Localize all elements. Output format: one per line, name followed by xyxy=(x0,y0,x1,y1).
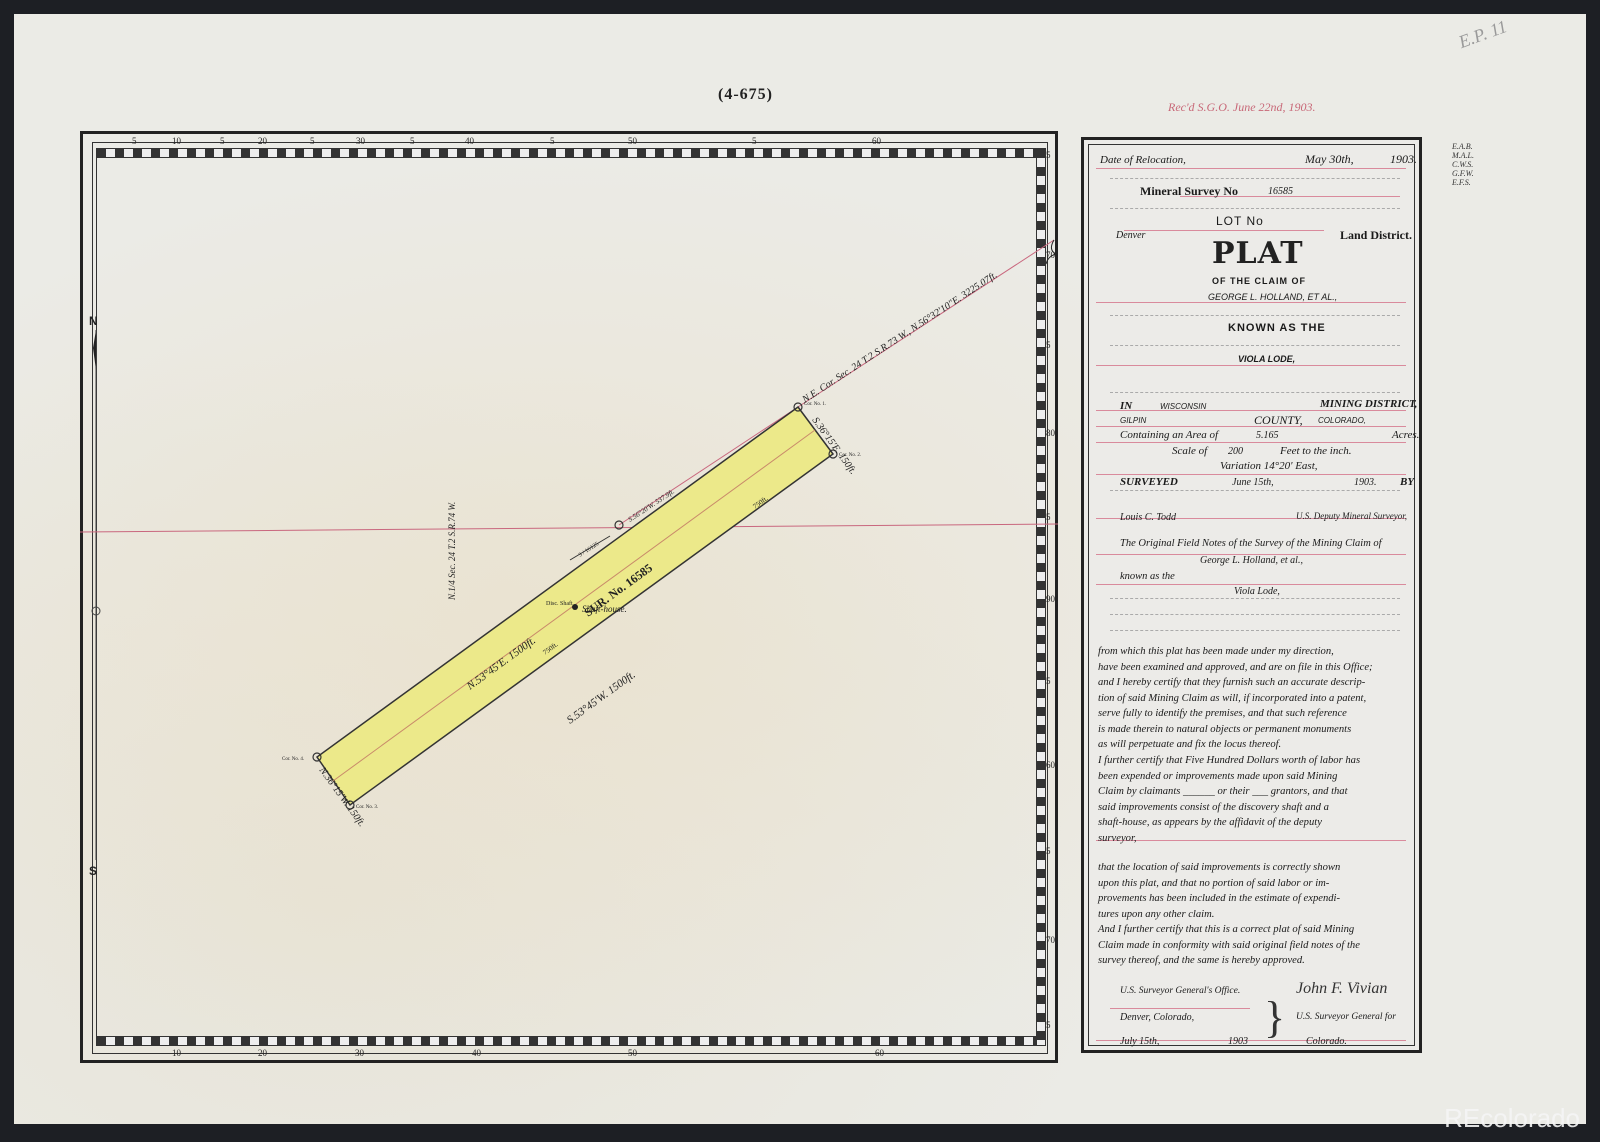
approval-year: 1903 xyxy=(1228,1036,1248,1047)
field-notes-line: The Original Field Notes of the Survey o… xyxy=(1120,538,1382,549)
svg-text:Shaft-house.: Shaft-house. xyxy=(582,604,627,614)
scale-label: Scale of xyxy=(1172,445,1207,457)
surveyor-name: Louis C. Todd xyxy=(1120,512,1176,523)
in-label: IN xyxy=(1120,400,1132,412)
land-district-label: Land District. xyxy=(1340,228,1412,243)
certification-paragraph-1: from which this plat has been made under… xyxy=(1098,644,1410,753)
district-value: WISCONSIN xyxy=(1160,402,1206,411)
known-as-label: KNOWN AS THE xyxy=(1228,322,1326,334)
svg-text:N.1/4 Sec. 24 T.2 S.R.74 W.: N.1/4 Sec. 24 T.2 S.R.74 W. xyxy=(447,502,457,601)
surveyed-date: June 15th, xyxy=(1232,477,1274,488)
date-of-relocation-label: Date of Relocation, xyxy=(1100,154,1186,166)
signature: John F. Vivian xyxy=(1296,980,1387,998)
field-notes-claimant: George L. Holland, et al., xyxy=(1200,555,1303,566)
claimant-value: GEORGE L. HOLLAND, ET AL., xyxy=(1208,292,1337,302)
land-district-value: Denver xyxy=(1116,230,1145,241)
scale-unit: Feet to the inch. xyxy=(1280,445,1351,457)
certification-paragraph-2: I further certify that Five Hundred Doll… xyxy=(1098,753,1410,846)
surveyed-year: 1903. xyxy=(1354,477,1377,488)
district-label: MINING DISTRICT, xyxy=(1320,398,1417,410)
area-label: Containing an Area of xyxy=(1120,429,1218,441)
svg-text:Disc. Shaft: Disc. Shaft xyxy=(546,600,573,607)
north-arrow-icon xyxy=(93,330,96,370)
svg-text:S.53°45'W. 1500ft.: S.53°45'W. 1500ft. xyxy=(565,669,638,727)
area-value: 5.165 xyxy=(1256,430,1279,441)
surveyor-title: U.S. Deputy Mineral Surveyor, xyxy=(1296,511,1407,521)
acres-label: Acres. xyxy=(1392,429,1419,441)
svg-text:Cor. No. 2.: Cor. No. 2. xyxy=(839,453,861,458)
claim-of-label: OF THE CLAIM OF xyxy=(1212,276,1306,286)
office-city: Denver, Colorado, xyxy=(1120,1012,1194,1023)
date-of-relocation-value: May 30th, xyxy=(1305,152,1354,167)
svg-text:N.E. Cor. Sec. 24 T.2 S.R.73 W: N.E. Cor. Sec. 24 T.2 S.R.73 W., N.56°32… xyxy=(800,270,1000,406)
state-value: COLORADO, xyxy=(1318,416,1366,425)
county-label: COUNTY, xyxy=(1254,413,1303,428)
brace-symbol: } xyxy=(1264,992,1285,1043)
lode-name-value: VIOLA LODE, xyxy=(1238,354,1295,364)
signer-title: U.S. Surveyor General for xyxy=(1296,1012,1396,1022)
mineral-survey-value: 16585 xyxy=(1268,186,1293,197)
lot-label: LOT No xyxy=(1216,214,1264,228)
scale-value: 200 xyxy=(1228,446,1243,457)
approval-date: July 15th, xyxy=(1120,1036,1159,1047)
watermark-logo: REcolorado xyxy=(1444,1103,1580,1134)
signer-state: Colorado. xyxy=(1306,1036,1347,1047)
date-of-relocation-year: 1903. xyxy=(1390,152,1417,167)
known-as-line: known as the xyxy=(1120,571,1175,582)
surveyed-label: SURVEYED xyxy=(1120,476,1178,488)
by-label: BY xyxy=(1400,476,1414,488)
svg-text:Cor. No. 1.: Cor. No. 1. xyxy=(804,402,826,407)
variation-value: Variation 14°20' East, xyxy=(1220,460,1318,472)
svg-text:Cor. No. 4.: Cor. No. 4. xyxy=(282,757,304,762)
county-value: GILPIN xyxy=(1120,416,1146,425)
office-label: U.S. Surveyor General's Office. xyxy=(1120,986,1240,996)
mineral-survey-label: Mineral Survey No xyxy=(1140,184,1238,199)
certification-paragraph-3: that the location of said improvements i… xyxy=(1098,860,1410,969)
svg-text:Cor. No. 3.: Cor. No. 3. xyxy=(356,805,378,810)
plat-title: PLAT xyxy=(1212,236,1304,271)
field-notes-lode: Viola Lode, xyxy=(1234,586,1280,597)
